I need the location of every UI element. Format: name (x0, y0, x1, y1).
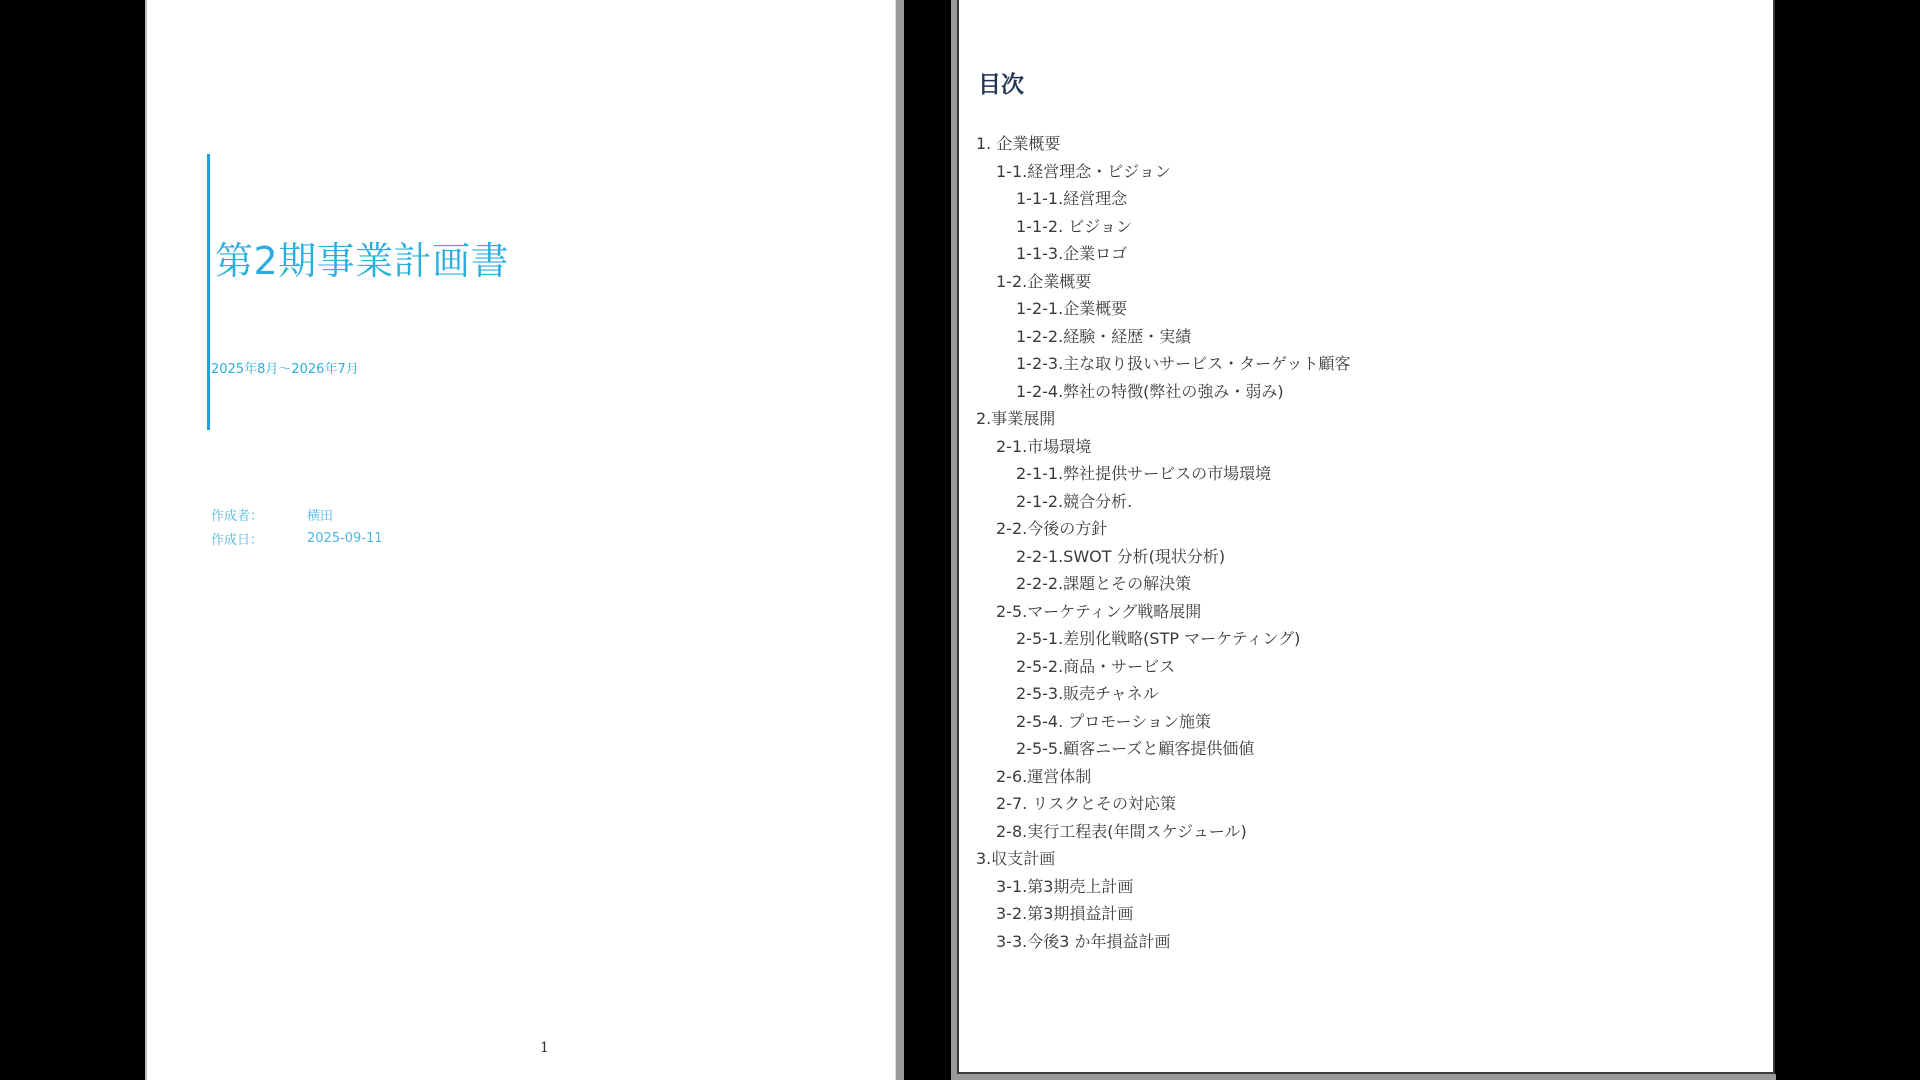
page-gutter (895, 0, 904, 1080)
toc-entry[interactable]: 2-2-2.課題とその解決策 (976, 570, 1351, 598)
author-row: 作成者： 横田 (211, 502, 383, 526)
toc-entry[interactable]: 2-8.実行工程表(年間スケジュール) (976, 818, 1351, 846)
toc-entry[interactable]: 2-7. リスクとその対応策 (976, 790, 1351, 818)
toc-entry[interactable]: 3-2.第3期損益計画 (976, 900, 1351, 928)
date-row: 作成日： 2025-09-11 (211, 526, 383, 550)
toc-entry[interactable]: 3.収支計画 (976, 845, 1351, 873)
toc-list: 1. 企業概要1-1.経営理念・ビジョン1-1-1.経営理念1-1-2. ビジョ… (976, 130, 1351, 955)
toc-entry[interactable]: 1-2-2.経験・経歴・実績 (976, 323, 1351, 351)
document-title: 第2期事業計画書 (215, 230, 509, 285)
toc-entry[interactable]: 2-5-3.販売チャネル (976, 680, 1351, 708)
toc-entry[interactable]: 2-2.今後の方針 (976, 515, 1351, 543)
toc-entry[interactable]: 2-1-2.競合分析. (976, 488, 1351, 516)
toc-entry[interactable]: 1-2-1.企業概要 (976, 295, 1351, 323)
date-value: 2025-09-11 (307, 531, 383, 546)
author-value: 横田 (307, 505, 333, 524)
toc-entry[interactable]: 1-2-3.主な取り扱いサービス・ターゲット顧客 (976, 350, 1351, 378)
toc-entry[interactable]: 2-2-1.SWOT 分析(現状分析) (976, 543, 1351, 571)
toc-entry[interactable]: 1-2-4.弊社の特徴(弊社の強み・弱み) (976, 378, 1351, 406)
toc-entry[interactable]: 1-1-2. ビジョン (976, 213, 1351, 241)
toc-entry[interactable]: 1-1.経営理念・ビジョン (976, 158, 1351, 186)
toc-entry[interactable]: 3-1.第3期売上計画 (976, 873, 1351, 901)
document-meta: 作成者： 横田 作成日： 2025-09-11 (211, 502, 383, 550)
accent-bar (207, 154, 210, 430)
toc-entry[interactable]: 2-5-5.顧客ニーズと顧客提供価値 (976, 735, 1351, 763)
cover-page: 第2期事業計画書 2025年8月～2026年7月 作成者： 横田 作成日： 20… (145, 0, 895, 1080)
document-period: 2025年8月～2026年7月 (211, 358, 359, 377)
toc-entry[interactable]: 2.事業展開 (976, 405, 1351, 433)
toc-heading: 目次 (978, 66, 1024, 99)
toc-entry[interactable]: 2-1-1.弊社提供サービスの市場環境 (976, 460, 1351, 488)
toc-entry[interactable]: 1. 企業概要 (976, 130, 1351, 158)
toc-entry[interactable]: 2-1.市場環境 (976, 433, 1351, 461)
toc-entry[interactable]: 2-5-2.商品・サービス (976, 653, 1351, 681)
toc-entry[interactable]: 1-1-3.企業ロゴ (976, 240, 1351, 268)
toc-entry[interactable]: 3-3.今後3 か年損益計画 (976, 928, 1351, 956)
toc-page: 目次 1. 企業概要1-1.経営理念・ビジョン1-1-1.経営理念1-1-2. … (957, 0, 1775, 1074)
toc-entry[interactable]: 2-5-4. プロモーション施策 (976, 708, 1351, 736)
date-label: 作成日： (211, 529, 307, 548)
page-gutter (951, 1074, 1776, 1080)
page-number: 1 (540, 1040, 549, 1056)
toc-entry[interactable]: 2-5.マーケティング戦略展開 (976, 598, 1351, 626)
toc-entry[interactable]: 1-2.企業概要 (976, 268, 1351, 296)
toc-entry[interactable]: 2-5-1.差別化戦略(STP マーケティング) (976, 625, 1351, 653)
author-label: 作成者： (211, 505, 307, 524)
toc-entry[interactable]: 2-6.運営体制 (976, 763, 1351, 791)
toc-entry[interactable]: 1-1-1.経営理念 (976, 185, 1351, 213)
